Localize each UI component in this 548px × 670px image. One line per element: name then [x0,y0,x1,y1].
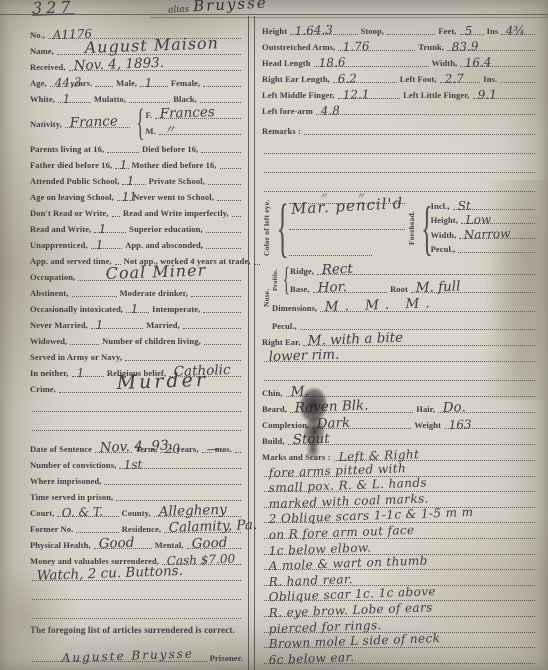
field-label: F. [145,110,153,122]
brace-decoration: { [277,200,283,256]
dotted-fill: 44.3 [50,86,68,87]
field-label: Chin, [262,388,284,400]
form-row: Build,Stout [262,432,538,448]
handwritten-value: 4¾ [506,23,526,38]
field-label: No., [30,30,46,42]
dotted-fill [129,102,170,103]
page-number: 327 [32,0,75,18]
handwritten-value: Good [98,535,134,552]
form-row: Served in Army or Navy, [30,348,244,364]
field-label: Mother died before 16, [132,160,218,172]
handwritten-value: R. hand rear. [269,572,354,589]
dotted-fill: 11 [117,200,130,201]
field-label: Read and Write imperfectly, [123,208,230,220]
dotted-fill [70,344,99,345]
dotted-fill: Rect [317,274,535,275]
handwritten-value: Low [465,212,491,227]
field-label: Occupation, [30,272,76,284]
form-row: Age,44.3years.Male,1Female, [30,74,244,90]
handwritten-value: Coal Miner [106,261,207,283]
forehead-field: Forehead. { Incl., St Height, Low Width, [407,197,538,259]
field-label: App. and served time, [30,256,113,268]
dotted-fill: M. [286,396,535,397]
field-label: Name, [30,46,55,58]
dotted-fill: 6c below ear. [264,663,535,664]
dotted-fill: 1 [91,328,143,329]
dotted-fill: — [202,452,212,453]
profile-side-label: Profile. [272,263,280,297]
field-label: Height, [431,215,459,227]
handwritten-value: on R fore arm out face [269,523,415,542]
field-label: Moderate drinker, [120,288,189,300]
field-label: Ins. [483,74,498,86]
dotted-line [289,255,372,256]
handwritten-value: 9.1 [477,87,497,102]
handwritten-value: 5 [464,24,472,38]
form-row [30,603,244,622]
dotted-fill: Left & Right [334,460,535,461]
form-row [262,365,538,384]
form-row: Father died before 16,1Mother died befor… [30,156,244,172]
form-row: R. eye brow. Lobe of ears [262,604,538,620]
handwritten-value: 1 [99,222,107,236]
field-label: Mental, [155,540,185,552]
handwritten-value: Narrow [464,226,511,242]
handwritten-value: Hor. [317,279,347,296]
top-rule-secondary [150,17,548,18]
handwritten-value: M. [290,383,309,400]
field-label: Female, [171,78,201,90]
field-label: In neither, [30,368,70,380]
form-row [30,584,244,603]
signature-title-label: Prisoner. [210,653,244,665]
dotted-fill: Coal Miner [78,280,241,281]
field-label: Pecul., [272,321,298,333]
dotted-fill [232,216,241,217]
dotted-fill: 9.1 [473,98,535,99]
field-label: White, [30,94,56,106]
field-label: Superior education, [129,224,204,236]
dotted-fill: 5 [460,34,484,35]
profile-rows: Ridge, Rect Base, Hor. Root M. full [290,263,538,297]
field-label: Father died before 16, [30,160,113,172]
dotted-fill: 1 [140,86,168,87]
forehead-rows: Incl., St Height, Low Width, Narrow Pe [431,197,538,259]
field-label: Left fore-arm [262,106,314,118]
dotted-fill [112,216,120,217]
handwritten-value: 6.2 [337,71,357,86]
form-row [262,176,538,195]
field-label: Pecul., [431,244,457,256]
dotted-fill [204,344,241,345]
field-label: Abstinent, [30,288,70,300]
dotted-fill [125,360,241,361]
nose-side-label: Nose. [262,263,272,333]
dotted-fill [235,452,241,453]
alias-name: Bruysse [193,0,268,15]
handwritten-value: Allegheny [158,502,227,520]
dotted-fill: 2.7 [440,82,481,83]
field-label: Marks and Scars : [262,452,332,464]
field-label: Width, [432,58,459,70]
field-label: Left Middle Finger, [262,90,336,102]
dotted-fill: Low [461,223,535,224]
dotted-fill: O. & T. [57,516,118,517]
left-column: No.,A1176Name,August MaisonReceived,Nov.… [0,20,248,670]
dotted-fill: Allegheny [154,516,241,517]
dotted-fill: 1 [72,376,104,377]
form-columns: No.,A1176Name,August MaisonReceived,Nov.… [0,20,548,670]
field-label: Beard, [262,404,288,416]
dotted-fill [203,86,241,87]
field-label: Never went to School, [133,192,215,204]
dotted-fill [32,430,241,431]
field-label: Widowed, [30,336,68,348]
handwritten-value: Nov. 4, 93. [99,437,173,456]
dotted-fill: Dark [312,428,411,429]
nose-fields: Profile. { Ridge, Rect Base, Hor. Root [272,263,538,333]
dotted-fill: Calamity, Pa. [164,532,241,533]
dotted-fill: R. eye brow. Lobe of ears [264,616,535,617]
form-row: Widowed,Number of children living, [30,332,244,348]
parents-nativity: F. Frances M. 〃 [145,108,244,138]
handwritten-value: 1 [76,366,84,380]
nose-profile-group: Profile. { Ridge, Rect Base, Hor. Root [272,263,538,297]
dotted-fill: Stout [288,444,535,445]
dotted-fill [264,153,535,154]
field-label: Read and Write, [30,224,92,236]
field-label: Date of Sentence [30,444,93,456]
field-label: Age, [30,78,48,90]
field-label: Time served in prison, [30,492,114,504]
field-label: Root [390,284,409,296]
form-row: Brown mole L side of neck [262,636,538,652]
field-label: Don't Read or Write, [30,208,110,220]
handwritten-value: 18.6 [318,55,345,70]
record-rows: Parents living at 16,Died before 16,Fath… [30,140,244,622]
signature-line: Auguste Bruysse [32,661,207,662]
handwritten-value: France [69,113,118,131]
form-row: Received,Nov. 4, 1893. [30,58,244,74]
dotted-fill [200,102,241,103]
dotted-fill [217,200,241,201]
field-label: Right Ear Length, [262,74,331,86]
dotted-fill [206,232,241,233]
dotted-fill [208,184,241,185]
field-label: Weight [414,420,442,432]
field-label: Died before 16, [142,144,199,156]
handwritten-value: 〃 [163,121,176,138]
dotted-fill: 1 [122,184,145,185]
dotted-fill [95,86,113,87]
form-row: Outstretched Arms,1.76Trunk,83.9 [262,38,538,54]
handwritten-value: 11 [121,189,137,204]
dotted-fill: 83.9 [447,50,535,51]
dotted-fill: Nov. 4, 93. [95,452,132,453]
dotted-fill: Do. [438,412,535,413]
dotted-fill: 163 [444,428,535,429]
handwritten-value: Raven Blk. [294,397,368,416]
dotted-fill: Raven Blk. [290,412,413,413]
field-label: Court, [30,508,55,520]
surrender-statement: The foregoing list of articles surrender… [30,625,244,635]
field-label: Trunk, [418,42,445,54]
dotted-fill [32,618,241,619]
field-label: Outstretched Arms, [262,42,336,54]
eye-color-value: Mar. pencil'd [291,194,404,218]
handwritten-value: M. with a bite [308,330,404,349]
field-label: Crime, [30,384,57,396]
handwritten-value: 1 [95,318,103,332]
handwritten-value: 16.4 [465,55,492,70]
field-label: Nativity, [30,119,63,131]
field-label: Married, [146,320,181,332]
field-label: Private School, [149,176,206,188]
handwritten-value: 1st [124,457,143,472]
field-label: Hair, [416,404,436,416]
field-label: Attended Public School, [30,176,120,188]
dotted-fill [32,411,241,412]
dotted-fill [387,34,435,35]
dotted-fill: 1 [115,168,128,169]
prison-record-page: 327 alias Bruysse No.,A1176Name,August M… [0,0,548,670]
form-row: Crime,Murder [30,380,244,396]
handwritten-value: Murder [116,369,208,394]
field-label: Base, [290,284,311,296]
form-row: Attended Public School,1Private School, [30,172,244,188]
form-row: Number of convictions,1st [30,456,244,472]
dotted-fill: Hor. [313,292,387,293]
dotted-fill [183,328,241,329]
form-row: Age on leaving School,11Never went to Sc… [30,188,244,204]
dotted-fill: 18.6 [314,66,429,67]
alias-label: alias [168,5,190,16]
form-row: Date of SentenceNov. 4, 93.Term,20years,… [30,440,244,456]
dotted-fill [300,329,535,330]
nose-section: Nose. Profile. { Ridge, Rect Base, [262,263,538,333]
form-row [262,157,538,176]
dotted-fill: 1 [91,248,122,249]
field-label: Where imprisoned, [30,476,102,488]
handwritten-value: August Maison [84,33,219,57]
dotted-fill: 1.64.3 [290,34,357,35]
dotted-fill: Brown mole L side of neck [264,647,535,648]
form-row: 6c below ear. [262,651,538,667]
handwritten-value: lower rim. [268,347,339,365]
form-row: Height1.64.3Stoop,Feet,5Ins4¾ [262,22,538,38]
forehead-side-label: Forehead. [407,197,417,259]
form-row: Read and Write,1Superior education, [30,220,244,236]
dotted-fill: France [65,127,131,128]
field-label: Remarks : [262,126,302,138]
nativity-field: Nativity, France [30,115,133,131]
brace-decoration: { [137,107,142,139]
field-label: Occasionally intoxicated, [30,304,124,316]
dotted-fill [107,152,139,153]
dotted-line [289,229,405,230]
dotted-fill: Murder [59,392,241,393]
dotted-fill [104,484,241,485]
field-label: Received, [30,62,67,74]
right-column: Height1.64.3Stoop,Feet,5Ins4¾Outstretche… [255,20,548,670]
field-label: M. [145,126,156,138]
form-row: on R fore arm out face [262,526,538,542]
field-label: App. and absconded, [125,240,204,252]
dotted-fill: 1 [58,102,91,103]
handwritten-value: Stout [292,431,329,448]
form-row [262,138,538,157]
form-row: Watch, 2 cu. Buttons. [30,568,244,584]
column-divider [248,16,255,670]
handwritten-value: O. & T. [62,505,104,520]
handwritten-value: Dark [317,415,351,432]
handwritten-value: 1.64.3 [295,23,334,38]
handwritten-value: 12.1 [342,87,369,102]
brace-decoration: { [283,266,288,295]
prisoner-signature: Auguste Bruysse [62,646,195,665]
dotted-fill: Narrow [459,238,535,239]
handwritten-value: 1 [95,238,103,252]
field-label: Incl., [431,201,451,213]
form-row: Complexion,DarkWeight163 [262,416,538,432]
dotted-fill [203,312,241,313]
handwritten-value: M. M. M. [325,295,436,315]
form-row [30,415,244,434]
field-label: Intemperate, [152,304,201,316]
handwritten-value: St [457,199,471,213]
field-label: Number of convictions, [30,460,117,472]
dotted-fill: M. M. M. [320,311,535,312]
dotted-fill [32,599,241,600]
field-label: Ins [487,26,500,38]
dotted-fill: Nov. 4, 1893. [69,70,241,71]
nativity-section: Nativity, France { F. Frances M. 〃 [30,106,244,140]
dotted-fill: A mole & wart on thumb [264,569,535,570]
handwritten-value: 163 [449,417,472,432]
dotted-fill: 6.2 [333,82,397,83]
form-row: Right Ear Length,6.2Left Foot,2.7Ins. [262,70,538,86]
dotted-fill [76,532,118,533]
field-label: Build, [262,436,286,448]
form-row: Abstinent,Moderate drinker, [30,284,244,300]
description-rows: Chin,M.Beard,Raven Blk.Hair,Do.Complexio… [262,384,538,448]
form-row: Chin,M. [262,384,538,400]
handwritten-value: 1 [145,76,153,90]
dotted-fill: 1.76 [338,50,415,51]
handwritten-value: Rect [321,261,353,278]
dotted-fill [304,134,535,135]
form-row: Right Ear,M. with a bite [262,333,538,349]
field-label: Mulatto, [94,94,127,106]
form-row [30,396,244,415]
field-label: Physical Health, [30,540,92,552]
form-row: Occupation,Coal Miner [30,268,244,284]
form-row: Occasionally intoxicated,1Intemperate, [30,300,244,316]
top-rule [0,14,548,15]
handwritten-value: 83.9 [452,39,479,54]
dotted-line: 〃〃 Mar. pencil'd [289,203,405,204]
dotted-fill: Frances [155,118,241,119]
dotted-fill: Watch, 2 cu. Buttons. [32,580,241,581]
field-label: Never Married, [30,320,89,332]
handwritten-value: Calamity, Pa. [169,517,258,536]
identity-rows: No.,A1176Name,August MaisonReceived,Nov.… [30,26,244,106]
brace-decoration: { [421,203,427,254]
handwritten-value: 1.76 [343,39,370,54]
dotted-fill [264,380,535,381]
marks-description-lines: fore arms pitted withsmall pox. R. & L. … [262,464,538,667]
dotted-fill [220,168,241,169]
dotted-fill: 16.4 [460,66,535,67]
measurement-rows: Height1.64.3Stoop,Feet,5Ins4¾Outstretche… [262,22,538,195]
field-label: Height [262,26,288,38]
dotted-fill: Good [187,548,241,549]
dotted-fill [206,248,241,249]
handwritten-value: M. full [415,278,460,296]
form-row: Left fore-arm4.8 [262,102,538,118]
form-row: Unapprenticed,1App. and absconded, [30,236,244,252]
handwritten-value: — [206,442,218,456]
form-row: Head Length18.6Width,16.4 [262,54,538,70]
dotted-fill: 4¾ [501,34,535,35]
dotted-fill [191,296,241,297]
handwritten-value: Nov. 4, 1893. [73,55,164,74]
field-label: Served in Army or Navy, [30,352,123,364]
handwritten-value: 6c below ear. [269,650,355,667]
eye-color-lines: 〃〃 Mar. pencil'd [287,197,407,259]
handwritten-value: Frances [160,104,216,122]
field-label: Left Little Finger, [403,90,471,102]
form-row: Where imprisoned, [30,472,244,488]
handwritten-value: 44.3 [54,75,81,90]
field-label: Number of children living, [102,336,202,348]
field-label: Unapprenticed, [30,240,89,252]
handwritten-value: 1 [131,302,139,316]
handwritten-value: 1 [120,158,128,172]
field-label: Head Length [262,58,312,70]
dotted-fill: 1 [126,312,149,313]
field-label: Ridge, [290,266,315,278]
form-row: lower rim. [262,349,538,365]
field-label: Width, [431,230,458,242]
dotted-fill: 1st [119,468,241,469]
eye-side-label: Color of left eye. [262,197,272,259]
field-label: Stoop, [361,26,386,38]
form-row: Remarks : [262,122,538,138]
eye-forehead-section: Color of left eye. { 〃〃 Mar. pencil'd Fo… [262,197,538,259]
dotted-fill [264,191,535,192]
field-label: Left Foot, [400,74,438,86]
dotted-fill: on R fore arm out face [264,538,535,539]
form-row: A mole & wart on thumb [262,558,538,574]
handwritten-value: 2.7 [444,71,464,86]
dotted-fill: 1 [94,232,126,233]
dotted-fill: 〃 [159,134,241,135]
right-ear-rows: Right Ear,M. with a bitelower rim. [262,333,538,384]
field-label: Male, [116,78,138,90]
field-label: Dimensions, [272,303,318,315]
dotted-fill: St [453,209,535,210]
form-row: Never Married,1Married, [30,316,244,332]
field-label: Complexion, [262,420,310,432]
dotted-fill [201,152,241,153]
dotted-fill: M. full [411,292,535,293]
eye-color-field: Color of left eye. { 〃〃 Mar. pencil'd [262,197,407,259]
dotted-fill: 4.8 [316,114,535,115]
form-row: Former No.Residence,Calamity, Pa. [30,520,244,536]
form-row: Beard,Raven Blk.Hair,Do. [262,400,538,416]
form-row: Physical Health,GoodMental,Good [30,536,244,552]
